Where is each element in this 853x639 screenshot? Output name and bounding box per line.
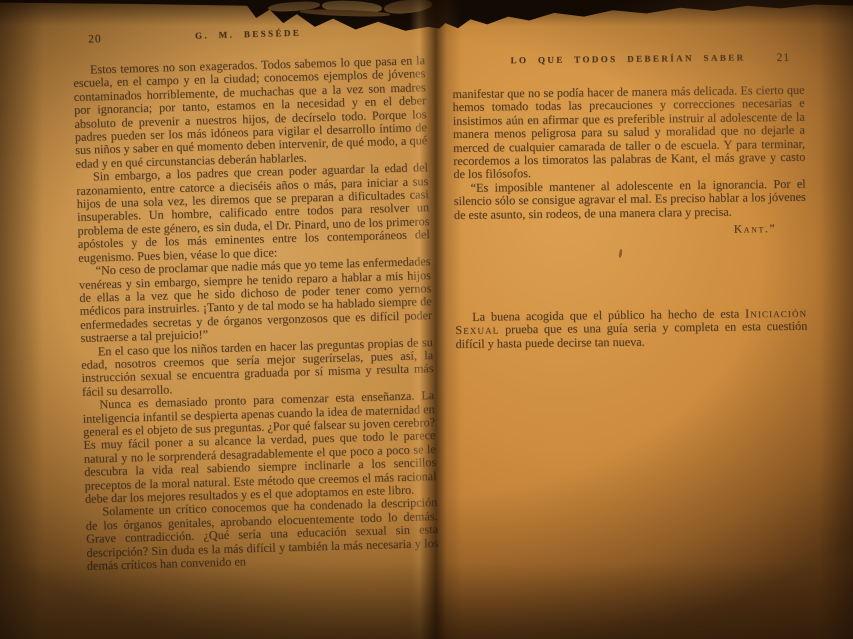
right-page-text: LO QUE TODOS DEBERÍAN SABER 21 manifesta… <box>452 52 808 352</box>
paragraph-quote: “No ceso de proclamar que nadie más que … <box>78 255 432 345</box>
book-gutter-shadow <box>410 0 462 639</box>
paragraph: Sin embargo, a los padres que crean pode… <box>76 161 430 265</box>
right-body-copy: manifestar que no se podía hacer de mane… <box>452 84 807 352</box>
closing-text-post: prueba que es una guía seria y completa … <box>455 319 807 351</box>
right-page-number: 21 <box>776 52 790 64</box>
paragraph: Estos temores no son exagerados. Todos s… <box>73 54 428 171</box>
left-page-text: 20 G. M. BESSÉDE Estos temores no son ex… <box>72 24 439 573</box>
left-body-copy: Estos temores no son exagerados. Todos s… <box>73 54 439 573</box>
section-gap <box>454 235 807 311</box>
paragraph: Nunca es demasiado pronto para comenzar … <box>82 389 437 506</box>
closing-paragraph: La buena acogida que el público ha hecho… <box>455 307 807 352</box>
left-page-number: 20 <box>88 33 102 45</box>
open-book-photo: 20 G. M. BESSÉDE Estos temores no son ex… <box>0 0 853 639</box>
paragraph-quote: “Es imposible mantener al adolescente en… <box>454 178 806 223</box>
paragraph: Solamente un crítico conocemos que ha co… <box>85 496 439 573</box>
paragraph: manifestar que no se podía hacer de mane… <box>452 84 805 182</box>
right-running-head-row: LO QUE TODOS DEBERÍAN SABER 21 <box>452 52 804 70</box>
